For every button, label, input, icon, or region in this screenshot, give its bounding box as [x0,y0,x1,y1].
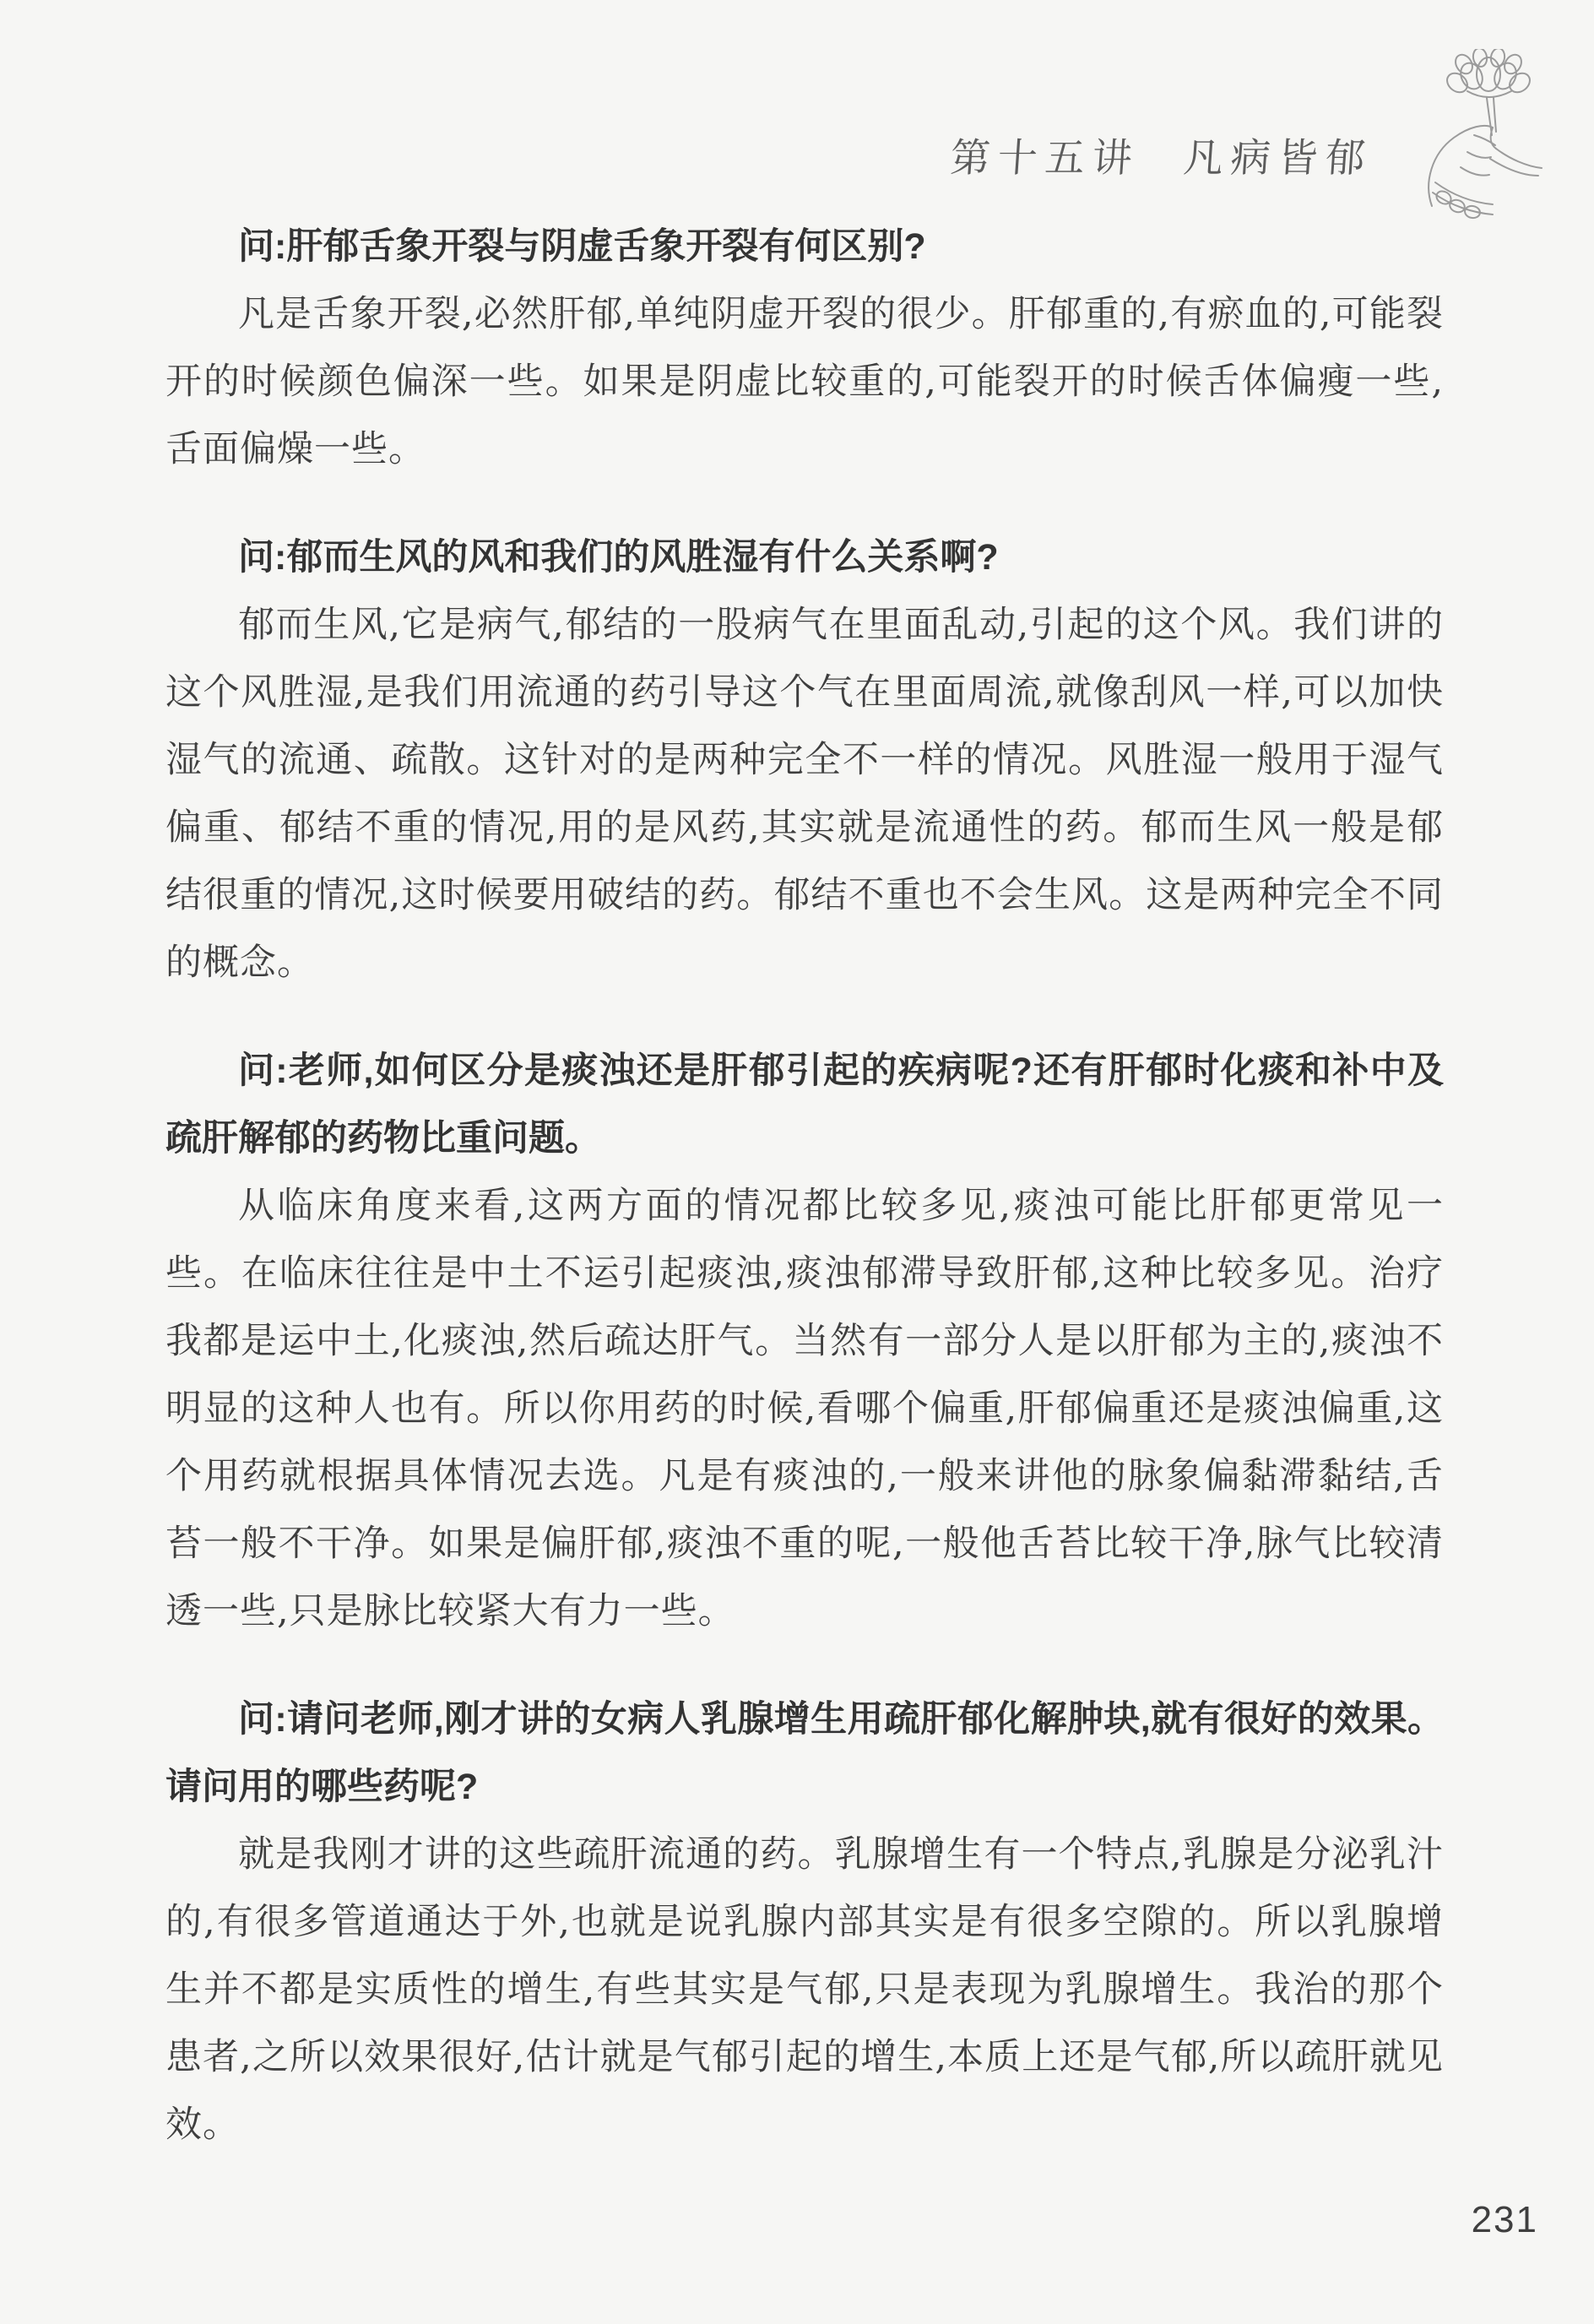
qa-section: 问:老师,如何区分是痰浊还是肝郁引起的疾病呢?还有肝郁时化痰和补中及疏肝解郁的药… [165,1037,1444,1645]
question-text: 问:请问老师,刚才讲的女病人乳腺增生用疏肝郁化解肿块,就有很好的效果。请问用的哪… [165,1686,1444,1821]
page-number: 231 [1472,2199,1538,2241]
answer-text: 凡是舌象开裂,必然肝郁,单纯阴虚开裂的很少。肝郁重的,有瘀血的,可能裂开的时候颜… [165,280,1444,483]
question-text: 问:老师,如何区分是痰浊还是肝郁引起的疾病呢?还有肝郁时化痰和补中及疏肝解郁的药… [165,1037,1444,1172]
qa-section: 问:郁而生风的风和我们的风胜湿有什么关系啊? 郁而生风,它是病气,郁结的一股病气… [165,524,1444,996]
question-text: 问:郁而生风的风和我们的风胜湿有什么关系啊? [165,524,1444,591]
lotus-hand-icon [1407,49,1557,230]
answer-text: 就是我刚才讲的这些疏肝流通的药。乳腺增生有一个特点,乳腺是分泌乳汁的,有很多管道… [165,1821,1444,2158]
lecture-label: 第十五讲 [949,135,1141,182]
book-page: 第十五讲凡病皆郁 [0,0,1594,2324]
qa-section: 问:请问老师,刚才讲的女病人乳腺增生用疏肝郁化解肿块,就有很好的效果。请问用的哪… [165,1686,1444,2158]
qa-section: 问:肝郁舌象开裂与阴虚舌象开裂有何区别? 凡是舌象开裂,必然肝郁,单纯阴虚开裂的… [165,213,1444,483]
page-content: 问:肝郁舌象开裂与阴虚舌象开裂有何区别? 凡是舌象开裂,必然肝郁,单纯阴虚开裂的… [165,213,1444,2158]
question-text: 问:肝郁舌象开裂与阴虚舌象开裂有何区别? [165,213,1444,280]
answer-text: 郁而生风,它是病气,郁结的一股病气在里面乱动,引起的这个风。我们讲的这个风胜湿,… [165,591,1444,996]
chapter-title: 凡病皆郁 [1182,135,1374,182]
running-head: 第十五讲凡病皆郁 [949,127,1375,183]
answer-text: 从临床角度来看,这两方面的情况都比较多见,痰浊可能比肝郁更常见一些。在临床往往是… [165,1172,1444,1645]
